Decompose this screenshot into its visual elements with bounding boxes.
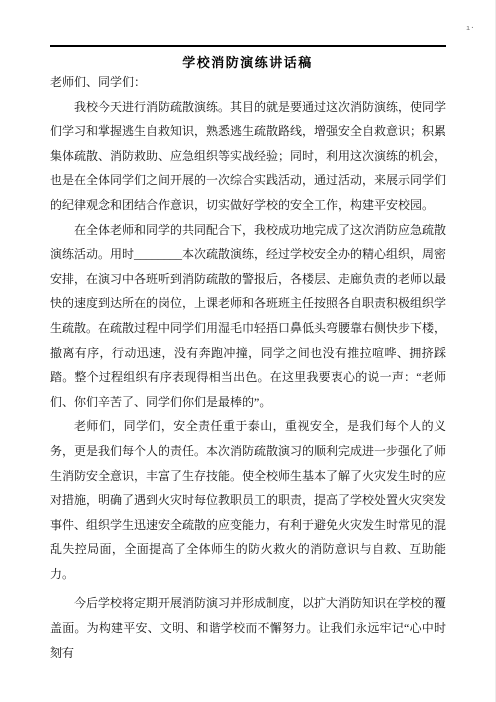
document-body: 老师们、同学们： 我校今天进行消防疏散演练。其目的就是要通过这次消防演练，使同学… xyxy=(50,70,446,665)
document-title: 学校消防演练讲话稿 xyxy=(0,52,495,71)
header-rule-divider xyxy=(50,45,446,47)
scan-artifact-top-right: ı· xyxy=(466,25,474,32)
paragraph-drill-process: 在全体老师和同学的共同配合下，我校成功地完成了这次消防应急疏散演练活动。用时__… xyxy=(50,218,446,415)
scan-artifact-bottom-left: i·· xyxy=(50,646,64,654)
paragraph-drill-results: 老师们，同学们，安全责任重于泰山，重视安全，是我们每个人的义务，更是我们每个人的… xyxy=(50,414,446,586)
paragraph-future-plans: 今后学校将定期开展消防演习并形成制度，以扩大消防知识在学校的覆盖面。为构建平安、… xyxy=(50,591,446,665)
salutation: 老师们、同学们： xyxy=(50,70,446,95)
document-page: ı· 学校消防演练讲话稿 老师们、同学们： 我校今天进行消防疏散演练。其目的就是… xyxy=(0,0,496,702)
paragraph-drill-purpose: 我校今天进行消防疏散演练。其目的就是要通过这次消防演练，使同学们学习和掌握逃生自… xyxy=(50,95,446,218)
